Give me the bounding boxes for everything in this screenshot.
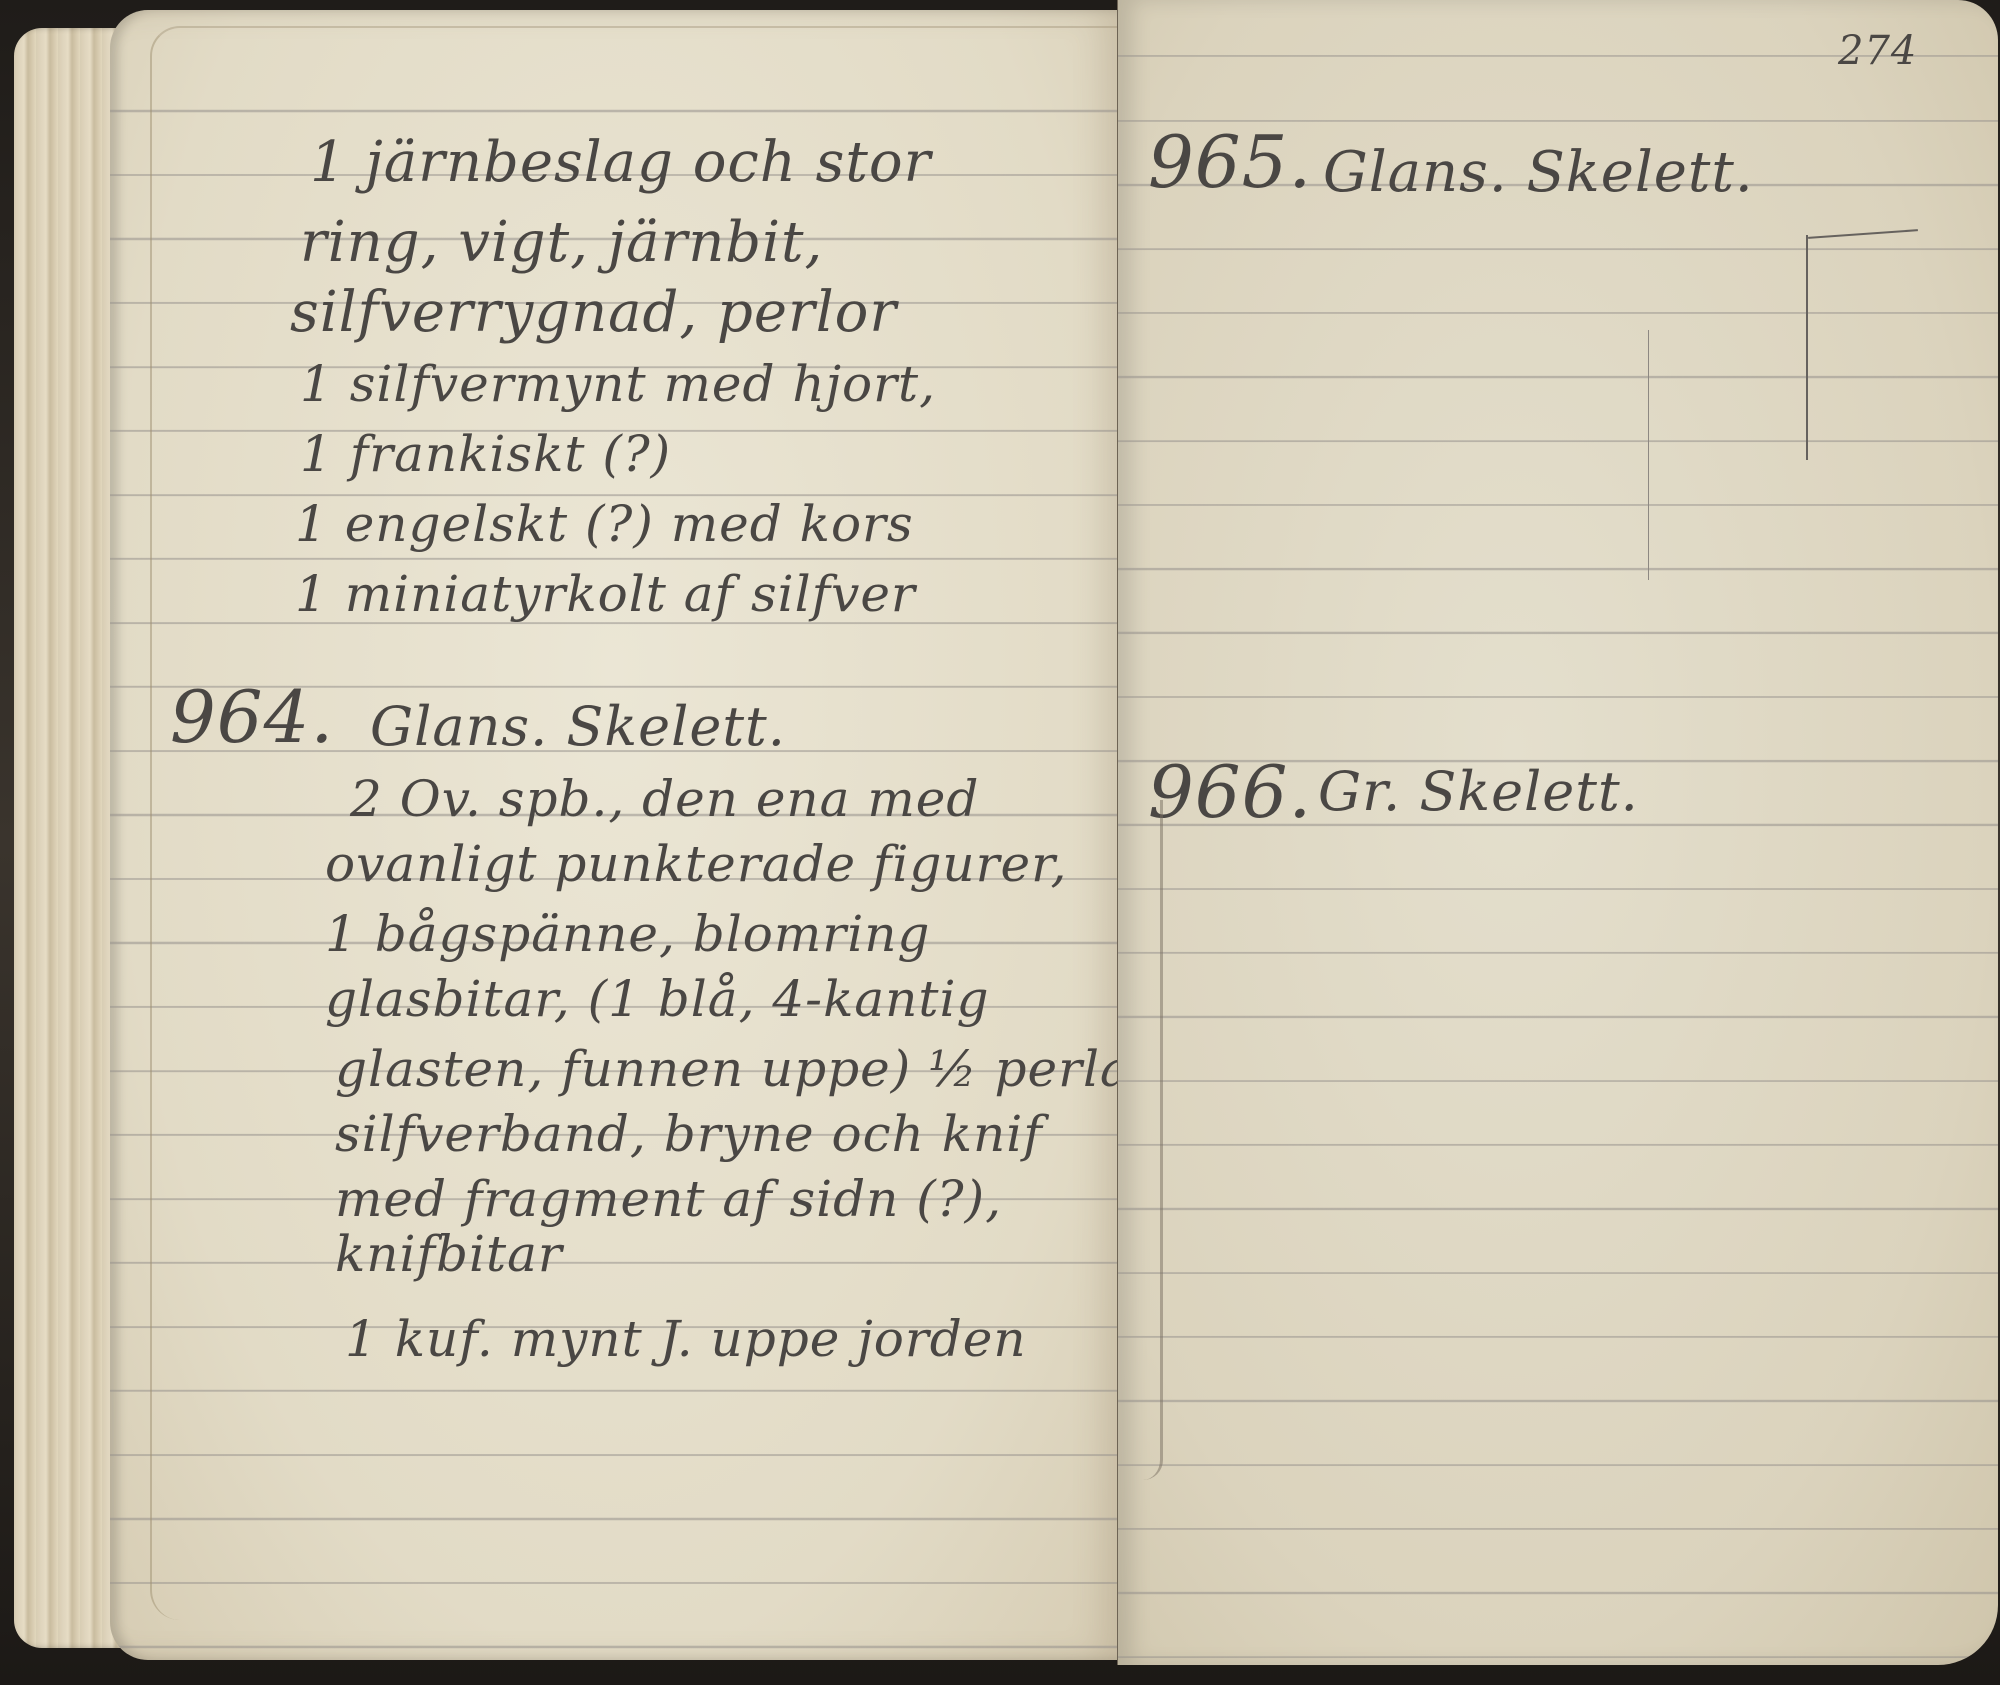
handwritten-line: glasbitar, (1 blå, 4-kantig (325, 970, 989, 1028)
handwritten-line: ovanligt punkterade figurer, (325, 835, 1067, 893)
entry-heading: Glans. Skelett. (1323, 140, 1754, 205)
left-page: 1 järnbeslag och stor ring, vigt, järnbi… (110, 10, 1120, 1660)
handwritten-line: 2 Ov. spb., den ena med (350, 770, 979, 828)
handwritten-line: 1 kuf. mynt J. uppe jorden (345, 1310, 1027, 1368)
bookmark-ribbon (1130, 800, 1163, 1480)
handwritten-line: 1 miniatyrkolt af silfver (295, 565, 916, 623)
handwritten-line: ring, vigt, järnbit, (300, 210, 823, 275)
entry-number: 966. (1148, 750, 1312, 834)
entry-number: 964. (170, 675, 334, 759)
handwritten-line: silfverrygnad, perlor (290, 280, 897, 345)
pencil-stroke-mark (1598, 330, 1649, 580)
handwritten-line: silfverband, bryne och knif (335, 1105, 1043, 1163)
handwritten-line: 1 engelskt (?) med kors (295, 495, 914, 553)
page-number: 274 (1838, 28, 1917, 74)
handwritten-line: glasten, funnen uppe) ½ perla (335, 1040, 1120, 1098)
handwritten-line: knifbitar (335, 1225, 563, 1283)
handwritten-line: 1 frankiskt (?) (300, 425, 671, 483)
entry-heading: Gr. Skelett. (1318, 760, 1639, 823)
right-page: 274 965. Glans. Skelett. 966. Gr. Skelet… (1118, 0, 1998, 1665)
entry-number: 965. (1148, 120, 1312, 204)
handwritten-line: 1 bågspänne, blomring (325, 905, 930, 963)
handwritten-line: 1 järnbeslag och stor (310, 130, 931, 195)
handwritten-line: 1 silfvermynt med hjort, (300, 355, 936, 413)
entry-heading: Glans. Skelett. (370, 695, 786, 758)
pencil-bracket-mark (1806, 235, 1810, 460)
handwritten-line: med fragment af sidn (?), (335, 1170, 1002, 1228)
